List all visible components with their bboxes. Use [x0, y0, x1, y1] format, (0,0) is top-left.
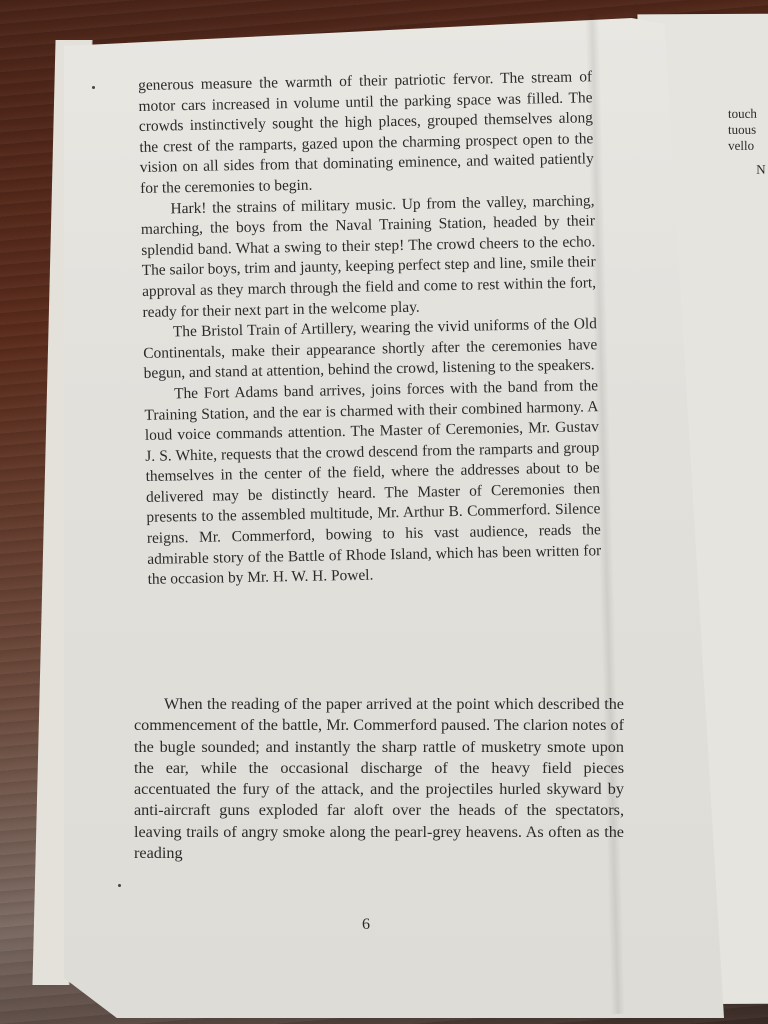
- paragraph: Hark! the strains of military music. Up …: [140, 191, 596, 323]
- paper-speck: [118, 884, 121, 887]
- body-text-lower: When the reading of the paper arrived at…: [134, 694, 624, 864]
- paper-speck: [92, 86, 95, 89]
- paragraph: When the reading of the paper arrived at…: [134, 694, 624, 864]
- facing-fragment: tuous: [728, 122, 765, 138]
- facing-fragment: N: [728, 162, 765, 178]
- page-number: 6: [362, 916, 370, 934]
- paragraph: The Fort Adams band arrives, joins force…: [144, 376, 602, 591]
- facing-fragment: vello: [728, 138, 765, 154]
- paragraph: generous measure the warmth of their pat…: [138, 67, 594, 199]
- body-text-upper: generous measure the warmth of their pat…: [138, 67, 602, 590]
- paragraph: The Bristol Train of Artillery, wearing …: [143, 314, 598, 384]
- facing-page-text-fragments: touch tuous vello N: [728, 106, 766, 178]
- facing-fragment: touch: [728, 106, 765, 122]
